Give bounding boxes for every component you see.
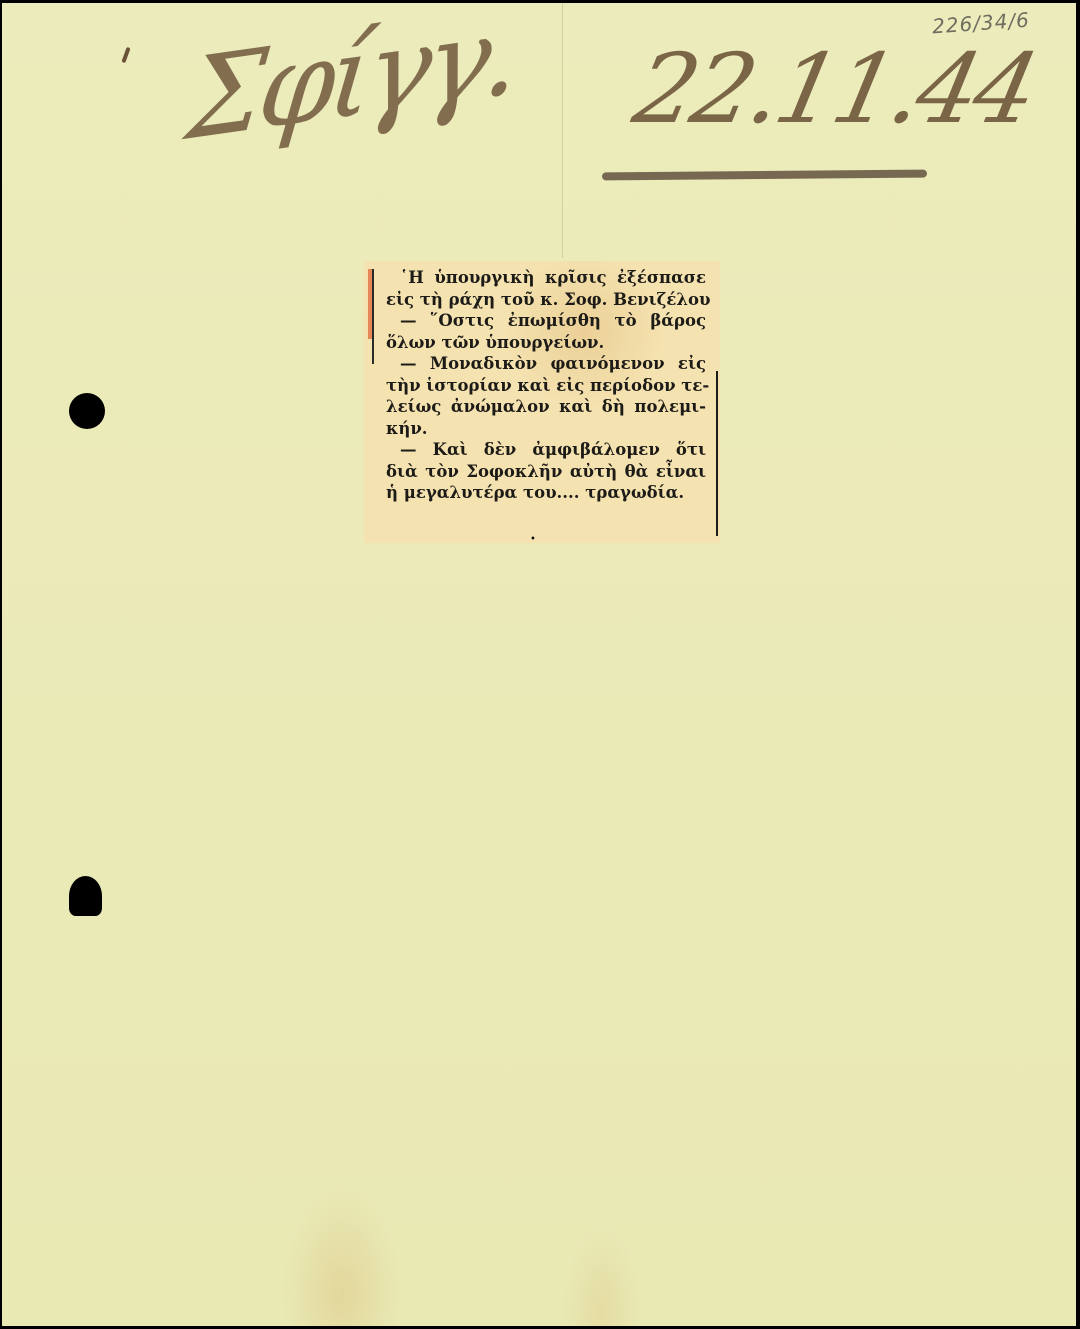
punch-hole-icon bbox=[69, 393, 105, 429]
clipping-line: εἰς τὴ ράχη τοῦ κ. Σοφ. Βενιζέλου bbox=[386, 289, 706, 311]
clipping-line: λείως ἀνώμαλον καὶ δὴ πολεμι- bbox=[386, 396, 706, 418]
clipping-line: — Καὶ δὲν ἀμφιβάλομεν ὅτι bbox=[386, 439, 706, 461]
punch-hole-icon bbox=[69, 876, 102, 916]
clipping-line: ῾Η ὑπουργικὴ κρῖσις ἐξέσπασε bbox=[386, 267, 706, 289]
clipping-line: ὅλων τῶν ὑπουργείων. bbox=[386, 332, 706, 354]
fold-line bbox=[562, 3, 563, 258]
clipping-line: κήν. bbox=[386, 418, 706, 440]
clipping-line: διὰ τὸν Σοφοκλῆν αὐτὴ θὰ εἶναι bbox=[386, 461, 706, 483]
handwritten-source-name: Σφίγγ. bbox=[182, 0, 521, 165]
clipping-line: — ῞Οστις ἐπωμίσθη τὸ βάρος bbox=[386, 310, 706, 332]
clipping-line: — Μοναδικὸν φαινόμενον εἰς bbox=[386, 353, 706, 375]
date-underline bbox=[602, 170, 927, 181]
clipping-column-rule bbox=[372, 269, 374, 364]
pencil-tick-mark bbox=[121, 47, 130, 63]
clipping-ornament-icon: • bbox=[530, 534, 536, 545]
clipping-column-rule bbox=[716, 371, 718, 536]
handwritten-date: 22.11.44 bbox=[625, 33, 1044, 145]
clipping-line: ἡ μεγαλυτέρα του.... τραγωδία. bbox=[386, 482, 706, 504]
clipping-line: τὴν ἱστορίαν καὶ εἰς περίοδον τε- bbox=[386, 375, 706, 397]
document-page: 226/34/6 Σφίγγ. 22.11.44 ῾Η ὑπουργικὴ κρ… bbox=[2, 3, 1076, 1326]
newspaper-clipping: ῾Η ὑπουργικὴ κρῖσις ἐξέσπασε εἰς τὴ ράχη… bbox=[364, 261, 720, 543]
